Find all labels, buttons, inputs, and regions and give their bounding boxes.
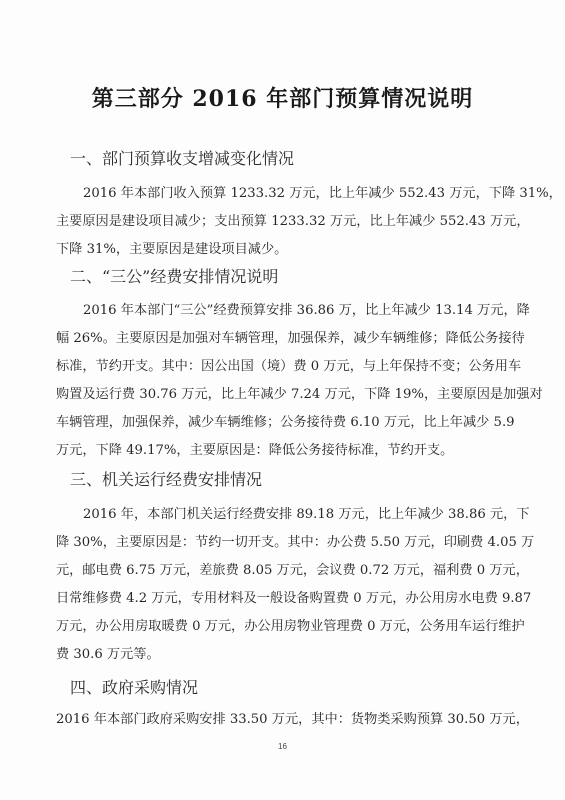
paragraph-line: 2016 年，本部门机关运行经费安排 89.18 万元，比上年减少 38.86 … [83, 503, 530, 522]
paragraph-line: 万元，办公用房取暖费 0 万元，办公用房物业管理费 0 万元，公务用车运行维护 [56, 615, 525, 634]
paragraph-line: 幅 26%。主要原因是加强对车辆管理，加强保养，减少车辆维修；降低公务接待 [56, 327, 525, 346]
paragraph-line: 日常维修费 4.2 万元，专用材料及一般设备购置费 0 万元，办公用房水电费 9… [56, 587, 531, 606]
paragraph-line: 主要原因是建设项目减少；支出预算 1233.32 万元，比上年减少 552.43… [56, 210, 530, 229]
paragraph-line: 车辆管理，加强保养，减少车辆维修；公务接待费 6.10 万元，比上年减少 5.9 [56, 411, 515, 430]
paragraph-line: 费 30.6 万元等。 [56, 643, 160, 662]
paragraph-line: 万元，下降 49.17%，主要原因是：降低公务接待标准，节约开支。 [56, 439, 453, 458]
paragraph-line: 购置及运行费 30.76 万元，比上年减少 7.24 万元，下降 19%，主要原… [56, 383, 543, 402]
section-heading-1: 一、部门预算收支增减变化情况 [70, 146, 294, 169]
page-number: 16 [0, 742, 565, 751]
section-heading-3: 三、机关运行经费安排情况 [70, 467, 262, 490]
paragraph-line: 下降 31%，主要原因是建设项目减少。 [56, 238, 287, 257]
paragraph-line: 标准，节约开支。其中：因公出国（境）费 0 万元，与上年保持不变；公务用车 [56, 355, 521, 374]
page-title: 第三部分 2016 年部门预算情况说明 [0, 82, 565, 113]
section-heading-2: 二、“三公”经费安排情况说明 [70, 264, 278, 287]
section-heading-4: 四、政府采购情况 [70, 675, 198, 698]
document-page: 第三部分 2016 年部门预算情况说明 一、部门预算收支增减变化情况 2016 … [0, 0, 565, 800]
paragraph-line: 2016 年本部门收入预算 1233.32 万元，比上年减少 552.43 万元… [83, 182, 562, 201]
paragraph-line: 元，邮电费 6.75 万元，差旅费 8.05 万元，会议费 0.72 万元，福利… [56, 559, 529, 578]
paragraph-line: 2016 年本部门“三公”经费预算安排 36.86 万，比上年减少 13.14 … [83, 299, 530, 318]
paragraph-line: 2016 年本部门政府采购安排 33.50 万元，其中：货物类采购预算 30.5… [56, 708, 529, 727]
paragraph-line: 降 30%，主要原因是：节约一切开支。其中：办公费 5.50 万元，印刷费 4.… [56, 531, 534, 550]
